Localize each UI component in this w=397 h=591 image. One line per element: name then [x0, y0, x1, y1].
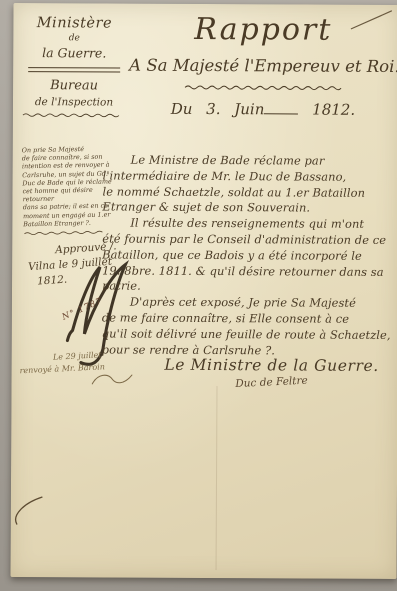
- photo-background: { "colors": { "background_gray": "#a8a39…: [0, 0, 397, 591]
- body-line: l'intermédiaire de Mr. le Duc de Bassano…: [103, 168, 395, 185]
- body-line: été fournis par le Conseil d'administrat…: [102, 231, 394, 248]
- report-date-year: 1812.: [312, 101, 355, 119]
- ministry-name-line2: de: [21, 33, 127, 44]
- docket-note: Le 29 juillet renvoyé à Mr. Baroin: [19, 347, 146, 391]
- body-line: le nommé Schaetzle, soldat au 1.er Batai…: [102, 184, 394, 201]
- body-line: D'après cet exposé, Je prie Sa Majesté: [102, 295, 394, 312]
- double-rule-divider: [28, 67, 120, 72]
- corner-pen-mark-icon: [348, 8, 394, 32]
- date-underline-flourish: [264, 102, 298, 114]
- body-line: Bataillon, que ce Badois y a été incorpo…: [102, 247, 394, 264]
- wavy-rule-icon: [21, 112, 127, 119]
- bureau-line1: Bureau: [21, 78, 127, 94]
- edge-pen-mark-icon: [8, 493, 48, 529]
- ministry-name-line1: Ministère: [21, 15, 127, 32]
- body-line: de me faire connaître, si Elle consent à…: [102, 310, 394, 327]
- report-date-day: 3. Juin: [206, 100, 264, 118]
- wavy-rule-icon: [129, 84, 397, 92]
- body-line: Le Ministre de Bade réclame par: [103, 152, 395, 169]
- body-line: Etranger & sujet de son Souverain.: [102, 200, 394, 217]
- manuscript-page: Ministère de la Guerre. Bureau de l'Insp…: [10, 3, 397, 579]
- body-line: Il résulte des renseignements qui m'ont: [102, 216, 394, 233]
- bureau-line2: de l'Inspection: [21, 96, 127, 109]
- body-line: 19. 8bre. 1811. & qu'il désire retourner…: [102, 263, 394, 280]
- report-date: Du 3. Juin 1812.: [129, 100, 397, 119]
- body-line: qu'il soit délivré une feuille de route …: [102, 326, 394, 343]
- closing-block: Le Ministre de la Guerre. Duc de Feltre: [151, 356, 391, 389]
- report-date-prefix: Du: [171, 100, 193, 118]
- body-line: patrie.: [102, 279, 394, 296]
- paper-crease: [216, 386, 218, 570]
- report-subtitle: A Sa Majesté l'Empereuv et Roi.: [129, 56, 397, 76]
- report-body: Le Ministre de Bade réclame par l'interm…: [102, 152, 395, 359]
- letterhead: Ministère de la Guerre. Bureau de l'Insp…: [21, 15, 128, 119]
- ministry-name-line3: la Guerre.: [21, 45, 127, 61]
